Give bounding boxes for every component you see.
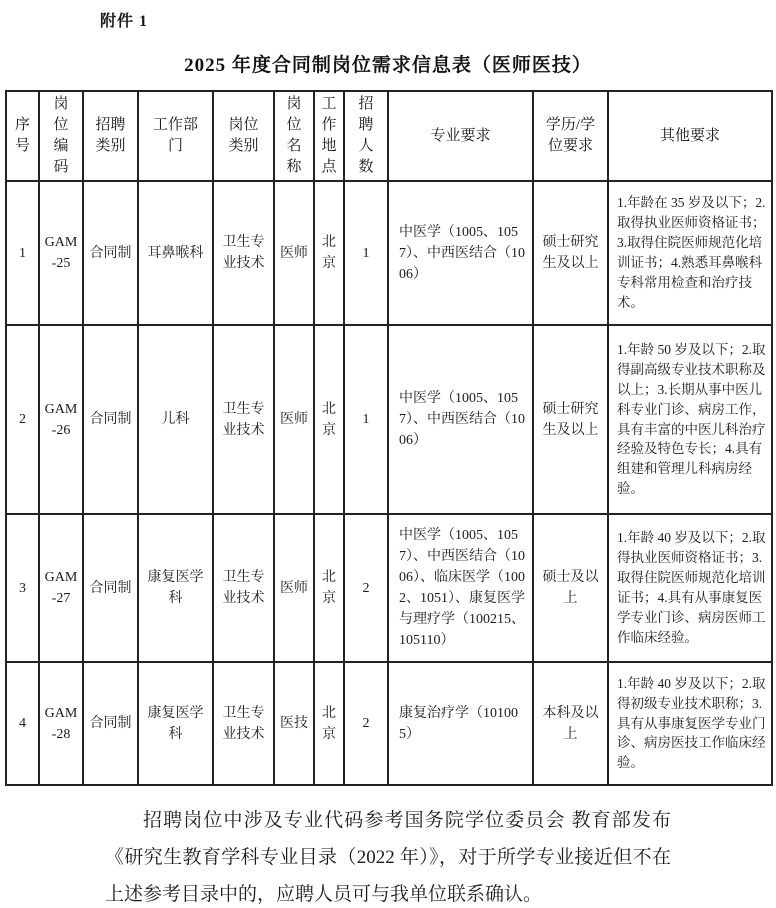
- document-page: 附件 1 2025 年度合同制岗位需求信息表（医师医技） 序 号岗 位 编 码招…: [0, 0, 776, 908]
- column-header-5: 岗 位 名 称: [274, 91, 314, 181]
- table-cell-r1-c7: 1: [344, 181, 388, 325]
- column-header-3: 工作部 门: [138, 91, 213, 181]
- table-cell-r4-c1: GAM-28: [39, 662, 83, 785]
- table-cell-r4-c2: 合同制: [83, 662, 138, 785]
- table-cell-r4-c10: 1.年龄 40 岁及以下；2.取得初级专业技术职称；3.具有从事康复医学专业门诊…: [608, 662, 772, 785]
- table-cell-r4-c4: 卫生专业技术: [213, 662, 274, 785]
- table-cell-r1-c10: 1.年龄在 35 岁及以下；2.取得执业医师资格证书；3.取得住院医师规范化培训…: [608, 181, 772, 325]
- table-row-3: 3GAM-27合同制康复医学科卫生专业技术医师北京2中医学（1005、1057）…: [6, 514, 772, 662]
- table-cell-r3-c8: 中医学（1005、1057）、中西医结合（1006）、临床医学（1002、105…: [388, 514, 533, 662]
- table-cell-r2-c7: 1: [344, 325, 388, 514]
- table-cell-r3-c7: 2: [344, 514, 388, 662]
- table-cell-r3-c5: 医师: [274, 514, 314, 662]
- table-cell-r1-c4: 卫生专业技术: [213, 181, 274, 325]
- recruitment-table: 序 号岗 位 编 码招聘 类别工作部 门岗位 类别岗 位 名 称工 作 地 点招…: [5, 90, 773, 786]
- table-cell-r4-c0: 4: [6, 662, 39, 785]
- column-header-7: 招 聘 人 数: [344, 91, 388, 181]
- table-cell-r2-c3: 儿科: [138, 325, 213, 514]
- table-cell-r2-c0: 2: [6, 325, 39, 514]
- table-row-2: 2GAM-26合同制儿科卫生专业技术医师北京1中医学（1005、1057）、中西…: [6, 325, 772, 514]
- column-header-1: 岗 位 编 码: [39, 91, 83, 181]
- table-cell-r2-c5: 医师: [274, 325, 314, 514]
- table-cell-r2-c8: 中医学（1005、1057）、中西医结合（1006）: [388, 325, 533, 514]
- table-cell-r1-c2: 合同制: [83, 181, 138, 325]
- column-header-0: 序 号: [6, 91, 39, 181]
- table-cell-r3-c1: GAM-27: [39, 514, 83, 662]
- table-cell-r3-c10: 1.年龄 40 岁及以下；2.取得执业医师资格证书；3.取得住院医师规范化培训证…: [608, 514, 772, 662]
- table-cell-r2-c1: GAM-26: [39, 325, 83, 514]
- table-cell-r1-c5: 医师: [274, 181, 314, 325]
- table-cell-r4-c7: 2: [344, 662, 388, 785]
- table-cell-r1-c6: 北京: [314, 181, 344, 325]
- table-cell-r3-c0: 3: [6, 514, 39, 662]
- table-row-4: 4GAM-28合同制康复医学科卫生专业技术医技北京2康复治疗学（101005）本…: [6, 662, 772, 785]
- table-cell-r1-c9: 硕士研究生及以上: [533, 181, 608, 325]
- table-cell-r1-c1: GAM-25: [39, 181, 83, 325]
- attachment-label: 附件 1: [100, 8, 148, 31]
- column-header-10: 其他要求: [608, 91, 772, 181]
- page-title: 2025 年度合同制岗位需求信息表（医师医技）: [0, 50, 776, 77]
- table-cell-r2-c9: 硕士研究生及以上: [533, 325, 608, 514]
- header-row: 序 号岗 位 编 码招聘 类别工作部 门岗位 类别岗 位 名 称工 作 地 点招…: [6, 91, 772, 181]
- footer-note: 招聘岗位中涉及专业代码参考国务院学位委员会 教育部发布《研究生教育学科专业目录（…: [105, 802, 671, 908]
- table-cell-r3-c2: 合同制: [83, 514, 138, 662]
- table-cell-r2-c4: 卫生专业技术: [213, 325, 274, 514]
- table-cell-r2-c6: 北京: [314, 325, 344, 514]
- table-cell-r4-c5: 医技: [274, 662, 314, 785]
- table-cell-r4-c9: 本科及以上: [533, 662, 608, 785]
- table-body: 1GAM-25合同制耳鼻喉科卫生专业技术医师北京1中医学（1005、1057）、…: [6, 181, 772, 785]
- table-cell-r4-c8: 康复治疗学（101005）: [388, 662, 533, 785]
- table-cell-r4-c6: 北京: [314, 662, 344, 785]
- table-cell-r1-c0: 1: [6, 181, 39, 325]
- column-header-9: 学历/学 位要求: [533, 91, 608, 181]
- table-cell-r1-c8: 中医学（1005、1057）、中西医结合（1006）: [388, 181, 533, 325]
- table-cell-r3-c4: 卫生专业技术: [213, 514, 274, 662]
- column-header-6: 工 作 地 点: [314, 91, 344, 181]
- table-cell-r2-c2: 合同制: [83, 325, 138, 514]
- table-cell-r3-c3: 康复医学科: [138, 514, 213, 662]
- column-header-4: 岗位 类别: [213, 91, 274, 181]
- table-cell-r3-c9: 硕士及以上: [533, 514, 608, 662]
- table-cell-r1-c3: 耳鼻喉科: [138, 181, 213, 325]
- table-cell-r2-c10: 1.年龄 50 岁及以下；2.取得副高级专业技术职称及以上；3.长期从事中医儿科…: [608, 325, 772, 514]
- table-cell-r4-c3: 康复医学科: [138, 662, 213, 785]
- table-cell-r3-c6: 北京: [314, 514, 344, 662]
- column-header-8: 专业要求: [388, 91, 533, 181]
- column-header-2: 招聘 类别: [83, 91, 138, 181]
- table-row-1: 1GAM-25合同制耳鼻喉科卫生专业技术医师北京1中医学（1005、1057）、…: [6, 181, 772, 325]
